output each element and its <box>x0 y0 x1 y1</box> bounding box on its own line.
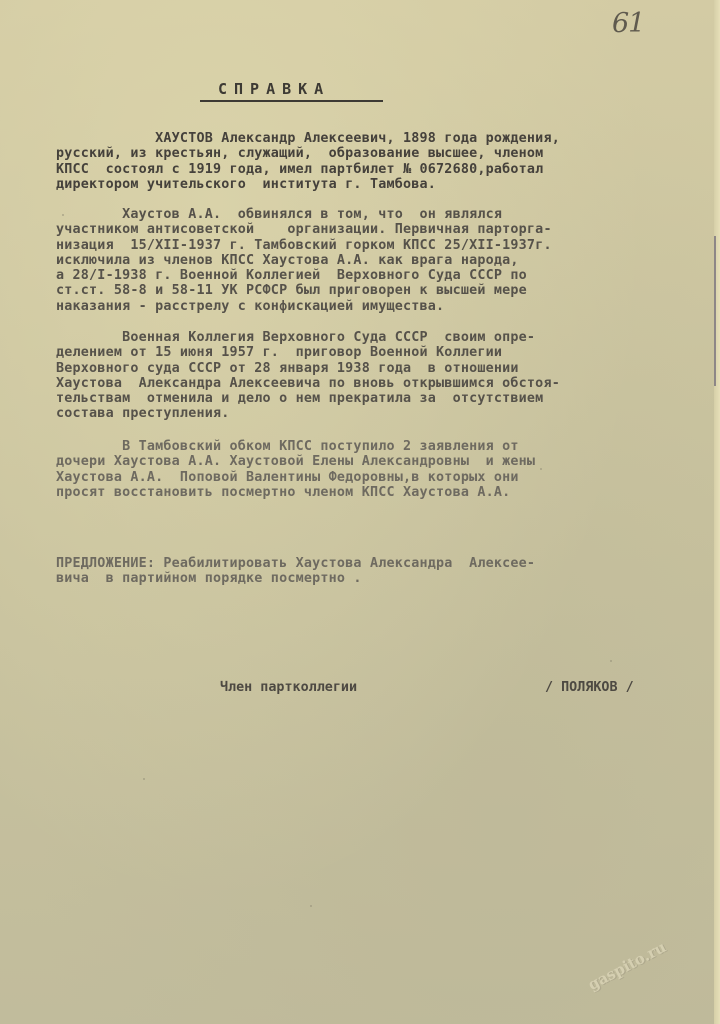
paper-speck <box>540 468 542 470</box>
page-right-edge <box>714 0 720 1024</box>
paper-speck <box>143 778 145 780</box>
watermark: gaspito.ru <box>585 938 669 994</box>
paragraph-accusation: Хаустов А.А. обвинялся в том, что он явл… <box>56 207 686 314</box>
paper-speck <box>610 660 612 662</box>
title-underline <box>200 100 383 102</box>
document-title: СПРАВКА <box>218 80 330 98</box>
binding-mark <box>714 236 716 386</box>
paragraph-rehabilitation-ruling: Военная Коллегия Верховного Суда СССР св… <box>56 330 686 422</box>
handwritten-page-number: 61 <box>612 8 644 39</box>
paragraph-family-applications: В Тамбовский обком КПСС поступило 2 заяв… <box>56 439 686 500</box>
paragraph-biography: ХАУСТОВ Александр Алексеевич, 1898 года … <box>56 131 686 192</box>
signature-name: / ПОЛЯКОВ / <box>545 680 634 695</box>
paper-speck <box>62 214 64 216</box>
paper-speck <box>310 905 312 907</box>
document-page: 61 СПРАВКА ХАУСТОВ Александр Алексеевич,… <box>0 0 720 1024</box>
signature-role: Член партколлегии <box>220 680 357 695</box>
proposal: ПРЕДЛОЖЕНИЕ: Реабилитировать Хаустова Ал… <box>56 556 686 587</box>
